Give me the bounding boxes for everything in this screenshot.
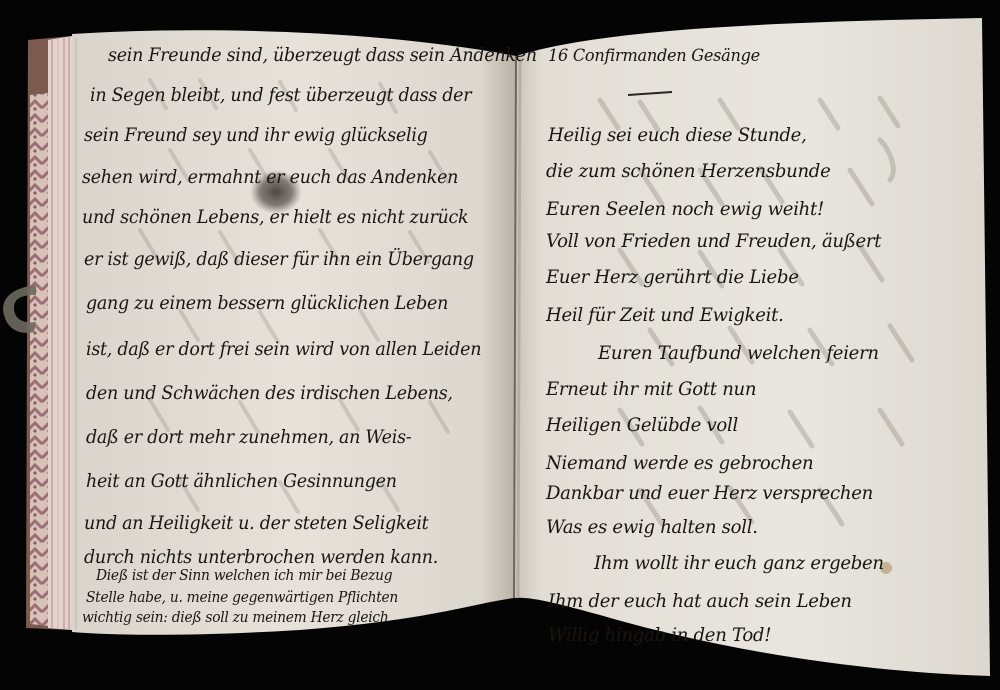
handwritten-line: Heiligen Gelübde voll [546,414,738,436]
handwritten-line: Willig hingab in den Tod! [548,624,771,646]
handwritten-line: Dieß ist der Sinn welchen ich mir bei Be… [96,566,392,584]
handwritten-line: Was es ewig halten soll. [546,516,758,538]
handwritten-line: Euren Taufbund welchen feiern [598,342,879,364]
handwritten-line: Heil für Zeit und Ewigkeit. [546,304,784,326]
handwritten-line: heit an Gott ähnlichen Gesinnungen [86,470,397,492]
handwritten-line: Heilig sei euch diese Stunde, [548,124,807,146]
handwritten-line: und an Heiligkeit u. der steten Seligkei… [84,512,428,534]
handwritten-line: Ihm wollt ihr euch ganz ergeben [594,552,884,574]
handwritten-line: den und Schwächen des irdischen Lebens, [86,382,453,404]
handwritten-line: Stelle habe, u. meine gegenwärtigen Pfli… [86,588,398,606]
handwritten-line: er ist gewiß, daß dieser für ihn ein Übe… [84,248,474,270]
handwritten-line: Ihm der euch hat auch sein Leben [548,590,852,612]
handwritten-line: die zum schönen Herzensbunde [546,160,830,182]
handwritten-line: Niemand werde es gebrochen [546,452,813,474]
handwritten-line: Dankbar und euer Herz versprechen [546,482,873,504]
handwritten-line: und schönen Lebens, er hielt es nicht zu… [82,206,468,228]
handwritten-line: Erneut ihr mit Gott nun [546,378,756,400]
handwritten-line: Euren Seelen noch ewig weiht! [546,198,824,220]
handwritten-line: sein Freunde sind, überzeugt dass sein A… [108,44,537,66]
handwritten-line: wichtig sein: dieß soll zu meinem Herz g… [82,608,388,626]
book-fore-edge [26,36,72,630]
handwritten-line: daß er dort mehr zunehmen, an Weis- [86,426,411,448]
left-page [72,30,516,634]
handwritten-line: sein Freund sey und ihr ewig glückselig [84,124,428,146]
handwritten-line: sehen wird, ermahnt er euch das Andenken [82,166,458,188]
photo-scene: sein Freunde sind, überzeugt dass sein A… [0,0,1000,690]
handwritten-line: ist, daß er dort frei sein wird von alle… [86,338,481,360]
handwritten-line: in Segen bleibt, und fest überzeugt dass… [90,84,471,106]
handwritten-line: durch nichts unterbrochen werden kann. [84,546,438,568]
handwritten-line: Euer Herz gerührt die Liebe [546,266,799,288]
page-heading: 16 Confirmanden Gesänge [548,46,760,66]
handwritten-line: gang zu einem bessern glücklichen Leben [86,292,448,314]
handwritten-line: Voll von Frieden und Freuden, äußert [546,230,881,252]
